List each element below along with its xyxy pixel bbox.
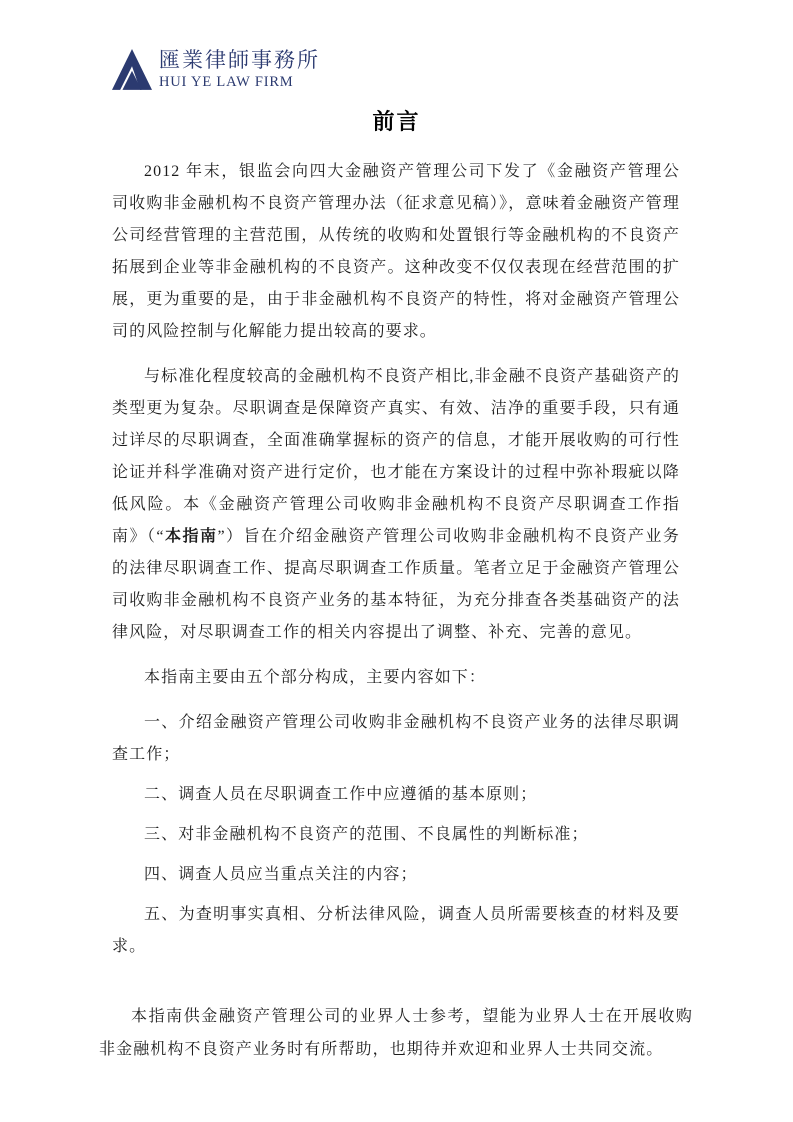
list-item-1: 一、介绍金融资产管理公司收购非金融机构不良资产业务的法律尽职调查工作；	[112, 707, 680, 771]
document-page: 匯業律師事務所 HUI YE LAW FIRM 前言 2012 年末，银监会向四…	[0, 0, 793, 1122]
letterhead: 匯業律師事務所 HUI YE LAW FIRM	[0, 0, 793, 92]
document-body: 2012 年末，银监会向四大金融资产管理公司下发了《金融资产管理公司收购非金融机…	[112, 156, 680, 1066]
list-item-4: 四、调查人员应当重点关注的内容；	[112, 859, 680, 891]
law-firm-name-english: HUI YE LAW FIRM	[159, 74, 320, 91]
list-item-3: 三、对非金融机构不良资产的范围、不良属性的判断标准；	[112, 819, 680, 851]
list-item-5: 五、为查明事实真相、分析法律风险，调查人员所需要核查的材料及要求。	[112, 899, 680, 963]
hui-ye-logo-icon	[112, 46, 152, 92]
paragraph-text-before-term: 与标准化程度较高的金融机构不良资产相比,非金融不良资产基础资产的类型更为复杂。尽…	[112, 368, 680, 545]
law-firm-wordmark: 匯業律師事務所 HUI YE LAW FIRM	[159, 46, 320, 91]
page-title: 前言	[0, 105, 793, 136]
list-item-2: 二、调查人员在尽职调查工作中应遵循的基本原则；	[112, 779, 680, 811]
paragraph-closing: 本指南供金融资产管理公司的业界人士参考，望能为业界人士在开展收购非金融机构不良资…	[99, 1000, 693, 1066]
paragraph-background: 2012 年末，银监会向四大金融资产管理公司下发了《金融资产管理公司收购非金融机…	[112, 156, 680, 348]
law-firm-name-chinese: 匯業律師事務所	[159, 48, 320, 72]
defined-term-bold: 本指南	[165, 528, 218, 545]
paragraph-due-diligence: 与标准化程度较高的金融机构不良资产相比,非金融不良资产基础资产的类型更为复杂。尽…	[112, 361, 680, 649]
paragraph-structure-intro: 本指南主要由五个部分构成，主要内容如下：	[112, 662, 680, 694]
